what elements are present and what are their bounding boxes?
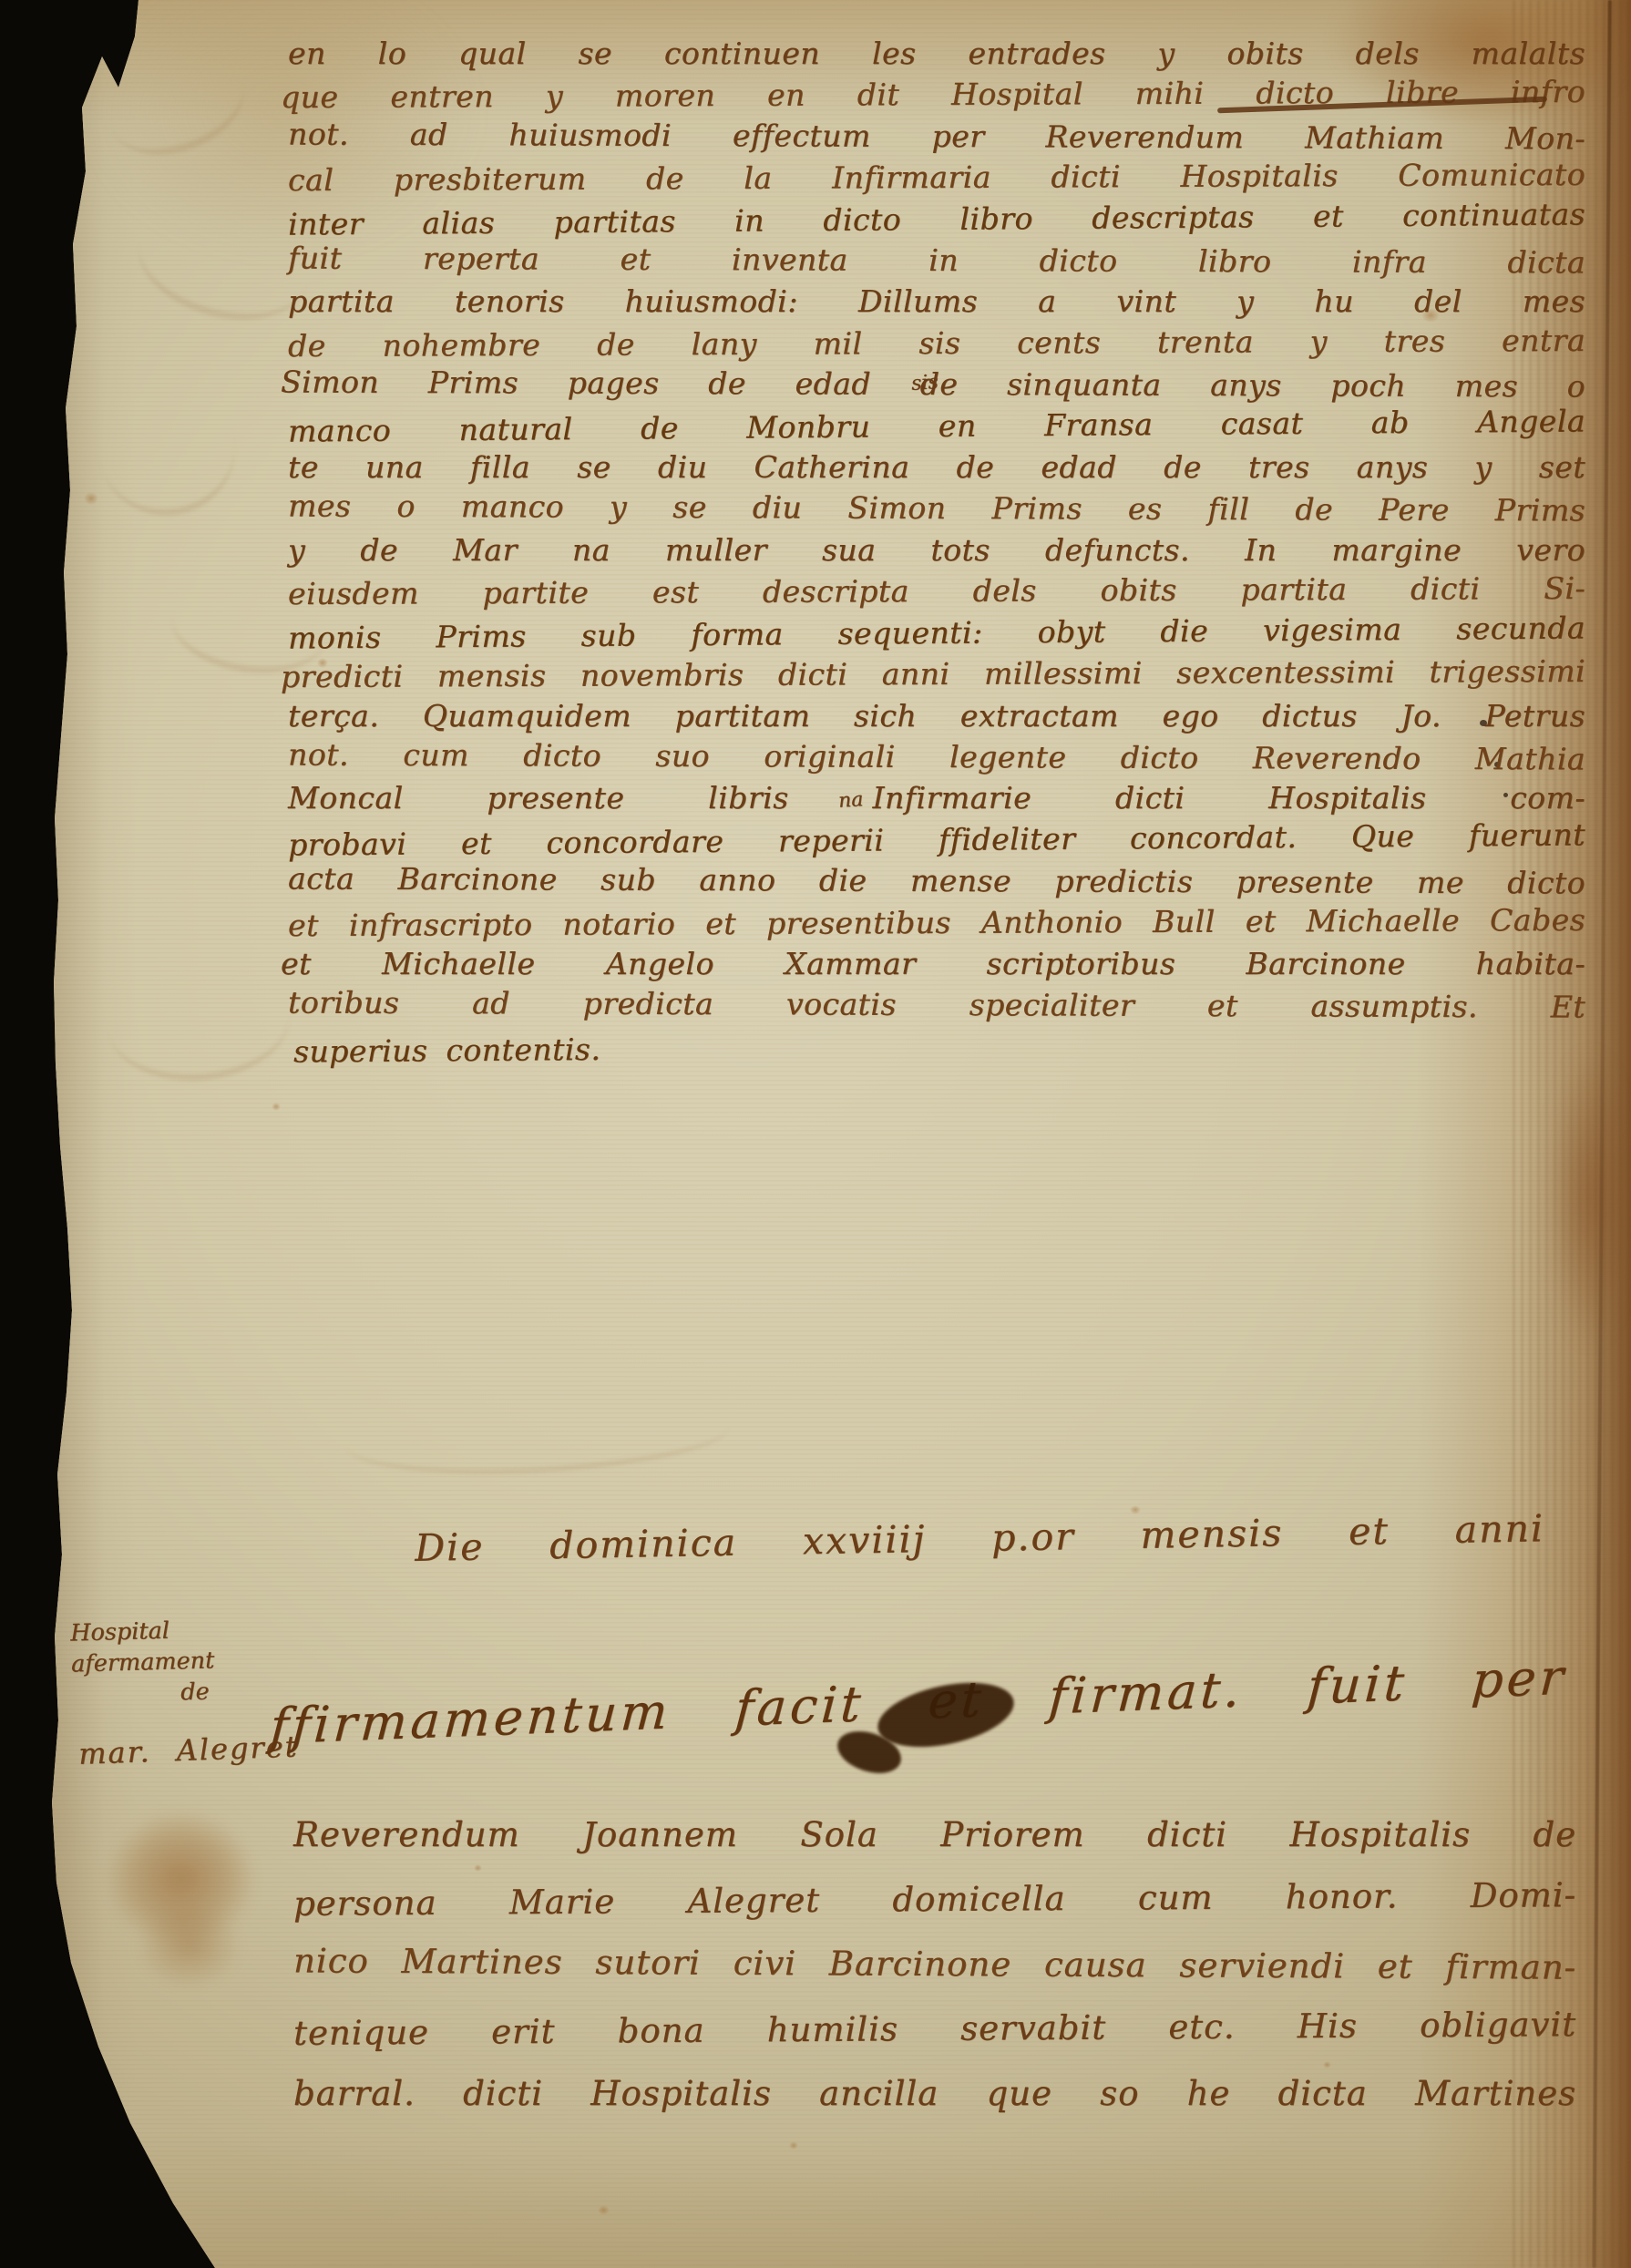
- manuscript-line: eiusdem partite est descripta dels obits…: [288, 568, 1585, 615]
- manuscript-line: persona Marie Alegret domicella cum hono…: [293, 1863, 1576, 1936]
- manuscript-line: te una filla se diu Catherina de edad de…: [288, 446, 1585, 487]
- manuscript-line: inter alias partitas in dicto libro desc…: [288, 193, 1585, 245]
- manuscript-line: not. ad huiusmodi effectum per Reverendu…: [288, 113, 1585, 159]
- interline-correction: sis: [910, 371, 939, 395]
- date-heading: Die dominica xxviiij p.or mensis et anni: [415, 1506, 1545, 1570]
- fox-spot: [789, 2141, 798, 2150]
- manuscript-line: et Michaelle Angelo Xammar scriptoribus …: [281, 943, 1585, 984]
- manuscript-line: mes o manco y se diu Simon Prims es fill…: [288, 486, 1585, 531]
- manuscript-line: toribus ad predicta vocatis specialiter …: [288, 982, 1585, 1028]
- fox-spot: [598, 2205, 610, 2215]
- act-opening-line: ffirmamentum facit et firmat. fuit per: [268, 1648, 1568, 1756]
- manuscript-line: nico Martines sutori civi Barcinone caus…: [293, 1928, 1576, 1999]
- main-text-block: en lo qual se continuen les entrades y o…: [288, 33, 1585, 1067]
- show-through-mark: [87, 370, 245, 527]
- manuscript-line: barral. dicti Hospitalis ancilla que so …: [293, 2061, 1576, 2126]
- margin-note-line: Hospital afermament: [70, 1611, 318, 1679]
- show-through-mark: [103, 955, 295, 1089]
- show-through-mark: [96, 39, 257, 172]
- manuscript-line: Reverendum Joannem Sola Priorem dicti Ho…: [293, 1802, 1576, 1867]
- manuscript-line: not. cum dicto suo originali legente dic…: [288, 734, 1585, 779]
- manuscript-line: que entren y moren en dit Hospital mihi …: [281, 71, 1585, 118]
- margin-note: Hospital afermament de: [70, 1611, 319, 1710]
- manuscript-line: en lo qual se continuen les entrades y o…: [288, 33, 1585, 74]
- manuscript-line: manco natural de Monbru en Fransa casat …: [288, 400, 1585, 452]
- manuscript-line: de nohembre de lany mil sis cents trenta…: [288, 320, 1585, 367]
- manuscript-line: partita tenoris huiusmodi: Dillums a vin…: [288, 281, 1585, 322]
- water-stain: [106, 1810, 256, 1948]
- manuscript-scan: en lo qual se continuen les entrades y o…: [0, 0, 1631, 2268]
- water-stain: [137, 1903, 241, 1989]
- gutter-crease: [1592, 0, 1611, 2268]
- show-through-mark: [344, 1391, 731, 1483]
- manuscript-line: Moncal presente libris Infirmarie dicti …: [288, 777, 1585, 818]
- act-text-block: Reverendum Joannem Sola Priorem dicti Ho…: [293, 1802, 1576, 2126]
- manuscript-line: cal presbiterum de la Infirmaria dicti H…: [288, 154, 1585, 201]
- interline-correction: na: [837, 788, 864, 813]
- manuscript-line: tenique erit bona humilis servabit etc. …: [293, 1992, 1576, 2066]
- gutter-stain: [1547, 1048, 1631, 1349]
- manuscript-line: fuit reperta et inventa in dicto libro i…: [288, 238, 1585, 283]
- manuscript-line: probavi et concordare reperii ffideliter…: [288, 814, 1585, 866]
- manuscript-line: et infrascripto notario et presentibus A…: [288, 898, 1585, 946]
- fox-spot: [84, 492, 98, 505]
- manuscript-page: en lo qual se continuen les entrades y o…: [0, 0, 1631, 2268]
- manuscript-line: predicti mensis novembris dicti anni mil…: [281, 651, 1585, 698]
- fox-spot: [272, 1103, 281, 1111]
- manuscript-line: terça. Quamquidem partitam sich extracta…: [288, 695, 1585, 736]
- manuscript-line: acta Barcinone sub anno die mense predic…: [288, 858, 1585, 904]
- manuscript-line: y de Mar na muller sua tots defuncts. In…: [288, 529, 1585, 570]
- manuscript-line: superius contentis.: [293, 1021, 1585, 1072]
